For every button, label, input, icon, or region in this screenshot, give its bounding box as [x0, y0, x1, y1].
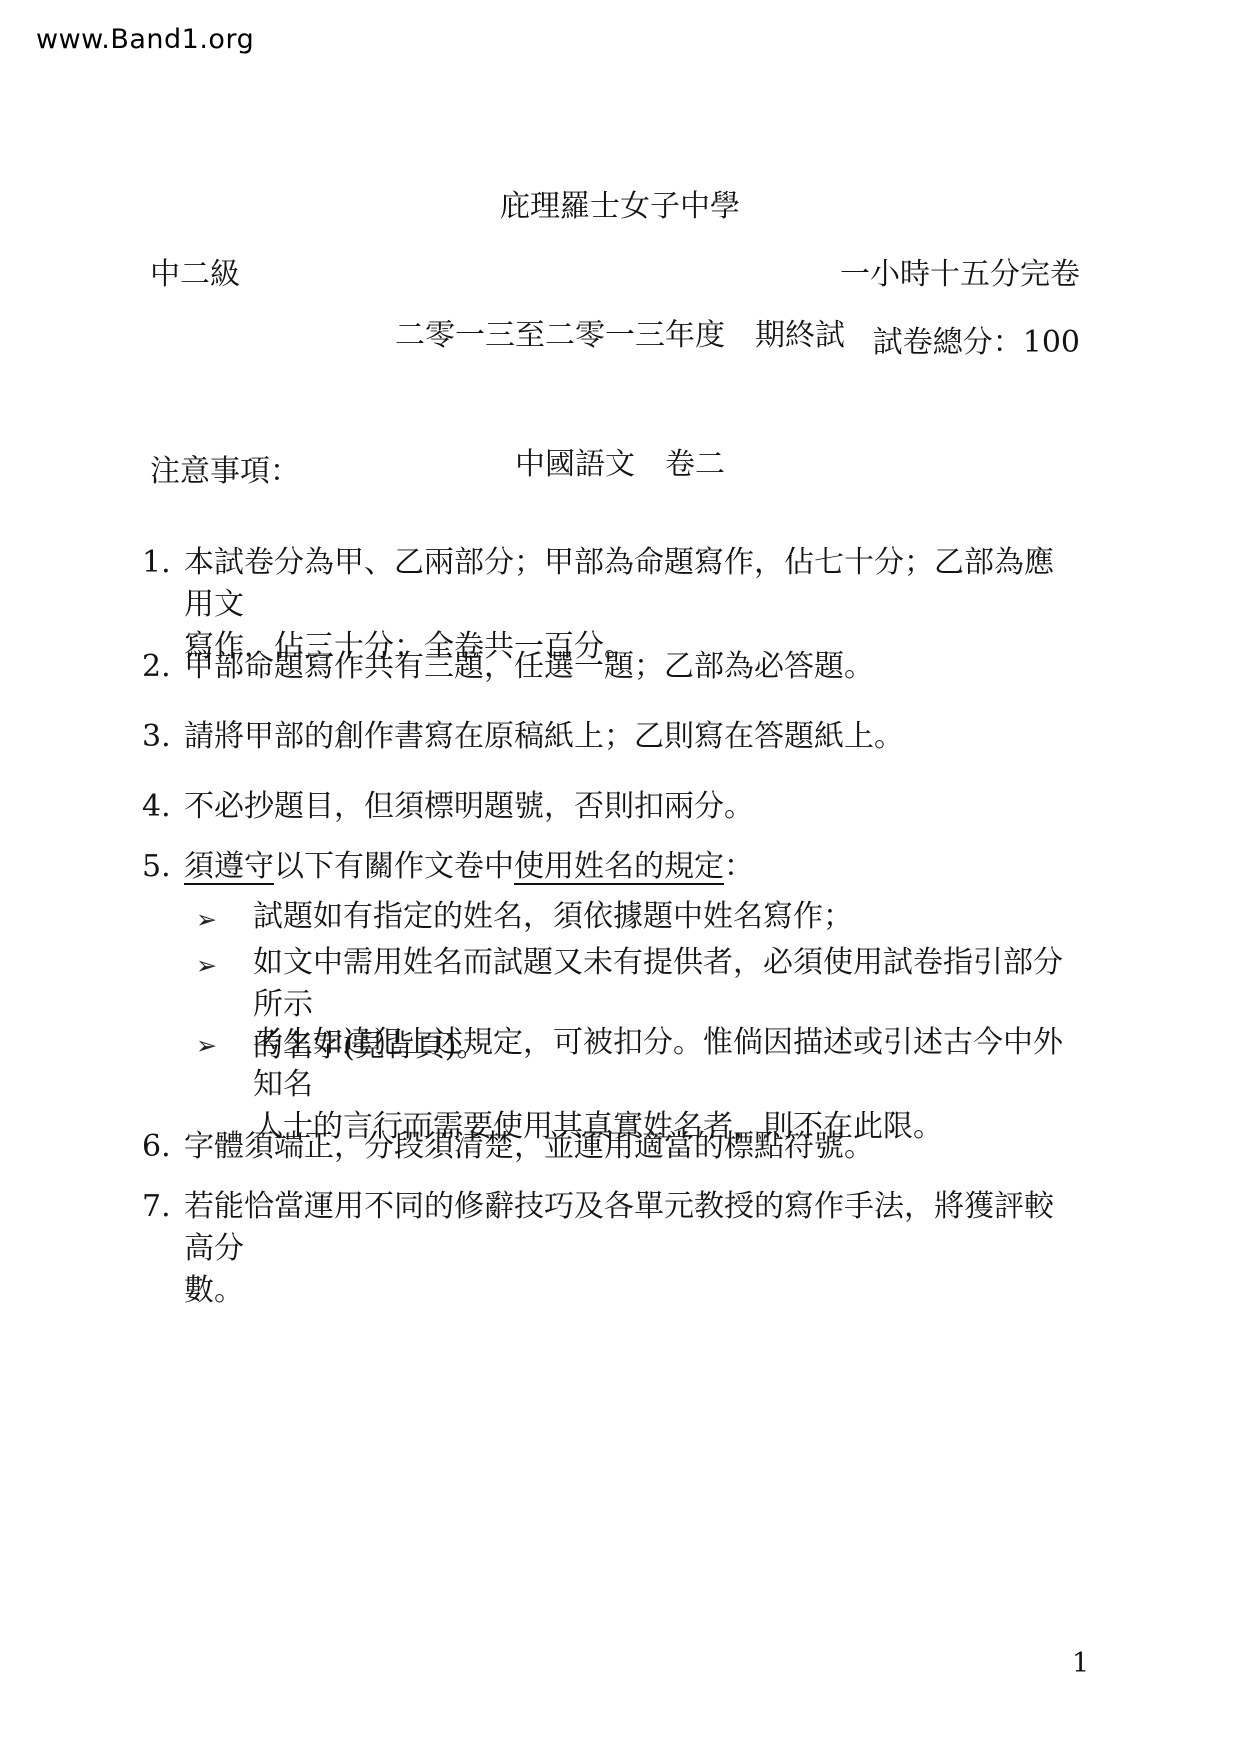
watermark-url: www.Band1.org	[36, 24, 254, 55]
plain-text: ：	[724, 849, 754, 884]
underlined-text: 使用姓名的規定	[514, 849, 724, 884]
note-line: 若能恰當運用不同的修辭技巧及各單元教授的寫作手法，將獲評較高分	[184, 1186, 1082, 1270]
note-number: 5.	[142, 846, 184, 888]
note-text: 甲部命題寫作共有三題，任選一題；乙部為必答題。	[184, 646, 1082, 688]
info-row: 中二級 一小時十五分完卷	[150, 258, 1080, 292]
note-item-2: 2. 甲部命題寫作共有三題，任選一題；乙部為必答題。	[142, 646, 1082, 688]
note-item-6: 6. 字體須端正，分段須清楚，並運用適當的標點符號。	[142, 1126, 1082, 1168]
note-text: 須遵守以下有關作文卷中使用姓名的規定：	[184, 846, 1082, 888]
notes-heading: 注意事項：	[150, 455, 300, 489]
note-line: 不必抄題目，但須標明題號，否則扣兩分。	[184, 786, 1082, 828]
plain-text: 以下有關作文卷中	[274, 849, 514, 884]
note-item-3: 3. 請將甲部的創作書寫在原稿紙上；乙則寫在答題紙上。	[142, 716, 1082, 758]
bullet-line: 考生如違犯上述規定，可被扣分。惟倘因描述或引述古今中外知名	[253, 1022, 1082, 1106]
note-line: 本試卷分為甲、乙兩部分；甲部為命題寫作，佔七十分；乙部為應用文	[184, 542, 1082, 626]
note-number: 3.	[142, 716, 184, 758]
bullet-line: 試題如有指定的姓名，須依據題中姓名寫作；	[253, 896, 1082, 938]
page-number: 1	[1072, 1648, 1089, 1679]
note-line: 甲部命題寫作共有三題，任選一題；乙部為必答題。	[184, 646, 1082, 688]
note-number: 4.	[142, 786, 184, 828]
note-number: 2.	[142, 646, 184, 688]
note-text: 字體須端正，分段須清楚，並運用適當的標點符號。	[184, 1126, 1082, 1168]
note-text: 不必抄題目，但須標明題號，否則扣兩分。	[184, 786, 1082, 828]
school-name: 庇理羅士女子中學	[0, 185, 1240, 228]
note-number: 7.	[142, 1186, 184, 1312]
note-text: 若能恰當運用不同的修辭技巧及各單元教授的寫作手法，將獲評較高分 數。	[184, 1186, 1082, 1312]
note-item-7: 7. 若能恰當運用不同的修辭技巧及各單元教授的寫作手法，將獲評較高分 數。	[142, 1186, 1082, 1312]
note-text: 請將甲部的創作書寫在原稿紙上；乙則寫在答題紙上。	[184, 716, 1082, 758]
form-level: 中二級	[150, 258, 240, 292]
note-line: 請將甲部的創作書寫在原稿紙上；乙則寫在答題紙上。	[184, 716, 1082, 758]
bullet-text: 試題如有指定的姓名，須依據題中姓名寫作；	[253, 896, 1082, 941]
note-line: 須遵守以下有關作文卷中使用姓名的規定：	[184, 846, 1082, 888]
note-line: 字體須端正，分段須清楚，並運用適當的標點符號。	[184, 1126, 1082, 1168]
note-number: 6.	[142, 1126, 184, 1168]
note-line: 數。	[184, 1270, 1082, 1312]
document-page: www.Band1.org 庇理羅士女子中學 二零一三至二零一三年度 期終試 中…	[0, 0, 1240, 1754]
duration-note: 一小時十五分完卷	[840, 258, 1080, 292]
note-item-4: 4. 不必抄題目，但須標明題號，否則扣兩分。	[142, 786, 1082, 828]
total-score: 試卷總分：100	[150, 326, 1080, 360]
note-item-5: 5. 須遵守以下有關作文卷中使用姓名的規定：	[142, 846, 1082, 888]
bullet-item-1: ➢ 試題如有指定的姓名，須依據題中姓名寫作；	[196, 896, 1082, 941]
bullet-line: 如文中需用姓名而試題又未有提供者，必須使用試卷指引部分所示	[253, 942, 1082, 1026]
underlined-text: 須遵守	[184, 849, 274, 884]
arrow-bullet-icon: ➢	[196, 896, 253, 941]
